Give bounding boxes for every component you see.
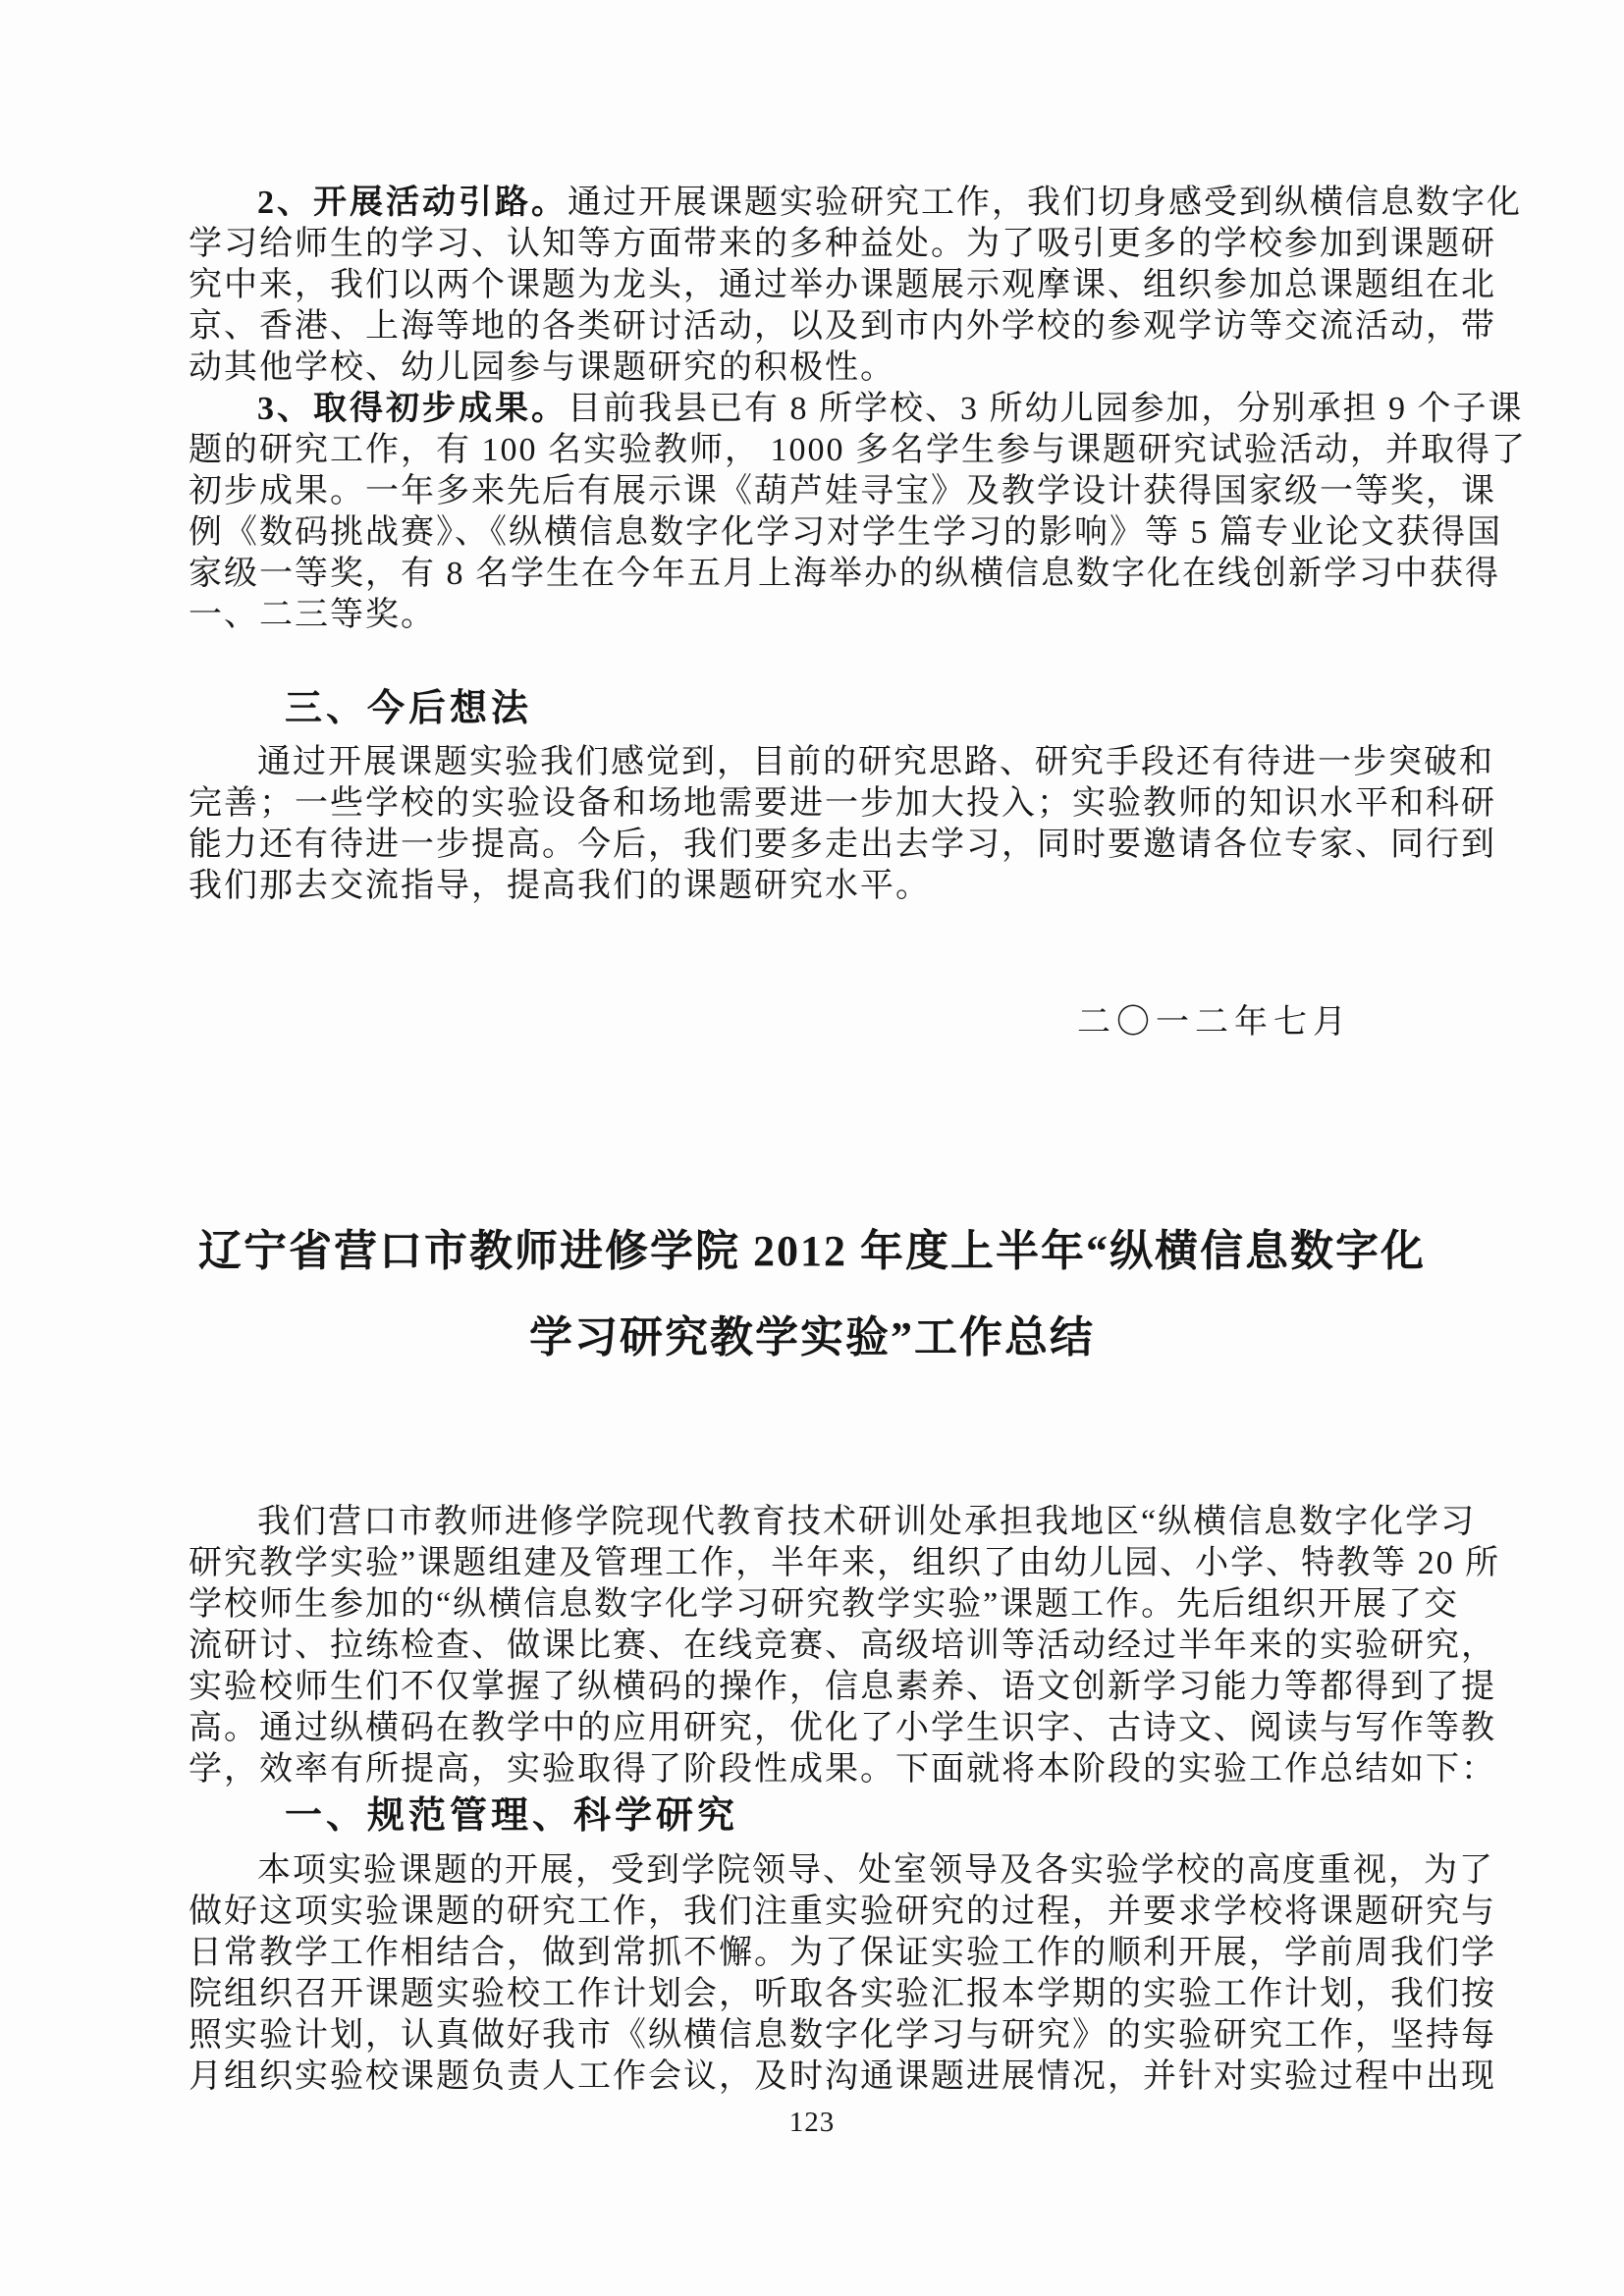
paragraph-management-research: 本项实验课题的开展，受到学院领导、处室领导及各实验学校的高度重视，为了做好这项实… [189, 1850, 1455, 2098]
text-line: 一、二三等奖。 [189, 595, 1455, 636]
text-line: 究中来，我们以两个课题为龙头，通过举办课题展示观摩课、组织参加总课题组在北 [189, 265, 1455, 306]
section-heading-management-research: 一、规范管理、科学研究 [285, 1785, 738, 1839]
paragraph-lead-3: 3、取得初步成果。 [257, 391, 568, 427]
text-line: 流研讨、拉练检查、做课比赛、在线竞赛、高级培训等活动经过半年来的实验研究， [189, 1626, 1455, 1667]
text-line: 本项实验课题的开展，受到学院领导、处室领导及各实验学校的高度重视，为了 [189, 1850, 1455, 1892]
text-line: 初步成果。一年多来先后有展示课《葫芦娃寻宝》及教学设计获得国家级一等奖，课 [189, 471, 1455, 512]
text-line: 京、香港、上海等地的各类研讨活动，以及到市内外学校的参观学访等交流活动，带 [189, 306, 1455, 347]
text-line: 完善；一些学校的实验设备和场地需要进一步加大投入；实验教师的知识水平和科研 [189, 783, 1455, 825]
paragraph-continuation: 题的研究工作，有 100 名实验教师， 1000 多名学生参与课题研究试验活动，… [189, 430, 1455, 636]
paragraph-future-thoughts: 通过开展课题实验我们感觉到，目前的研究思路、研究手段还有待进一步突破和完善；一些… [189, 742, 1455, 907]
text-line: 月组织实验校课题负责人工作会议，及时沟通课题进展情况，并针对实验过程中出现 [189, 2056, 1455, 2098]
text-line: 学校师生参加的“纵横信息数字化学习研究教学实验”课题工作。先后组织开展了交 [189, 1584, 1455, 1626]
document-page: 2、开展活动引路。通过开展课题实验研究工作，我们切身感受到纵横信息数字化 学习给… [0, 0, 1624, 2296]
report-title-line-2: 学习研究教学实验”工作总结 [0, 1295, 1624, 1381]
report-title-line-1: 辽宁省营口市教师进修学院 2012 年度上半年“纵横信息数字化 [0, 1208, 1624, 1295]
text-line: 通过开展课题实验我们感觉到，目前的研究思路、研究手段还有待进一步突破和 [189, 742, 1455, 783]
text-line: 照实验计划，认真做好我市《纵横信息数字化学习与研究》的实验研究工作，坚持每 [189, 2015, 1455, 2056]
text-line: 我们营口市教师进修学院现代教育技术研训处承担我地区“纵横信息数字化学习 [189, 1502, 1455, 1543]
paragraph-develop-activities: 2、开展活动引路。通过开展课题实验研究工作，我们切身感受到纵横信息数字化 学习给… [189, 183, 1455, 389]
document-date: 二〇一二年七月 [1077, 994, 1352, 1042]
paragraph-continuation: 学习给师生的学习、认知等方面带来的多种益处。为了吸引更多的学校参加到课题研究中来… [189, 224, 1455, 389]
text-line: 例《数码挑战赛》、《纵横信息数字化学习对学生学习的影响》等 5 篇专业论文获得国 [189, 512, 1455, 554]
text-line: 家级一等奖，有 8 名学生在今年五月上海举办的纵横信息数字化在线创新学习中获得 [189, 554, 1455, 595]
text-line: 院组织召开课题实验校工作计划会，听取各实验汇报本学期的实验工作计划，我们按 [189, 1974, 1455, 2015]
text-line: 研究教学实验”课题组建及管理工作，半年来，组织了由幼儿园、小学、特教等 20 所 [189, 1543, 1455, 1584]
text-line: 实验校师生们不仅掌握了纵横码的操作，信息素养、语文创新学习能力等都得到了提 [189, 1667, 1455, 1708]
text-line: 题的研究工作，有 100 名实验教师， 1000 多名学生参与课题研究试验活动，… [189, 430, 1455, 471]
report-title: 辽宁省营口市教师进修学院 2012 年度上半年“纵横信息数字化 学习研究教学实验… [0, 1208, 1624, 1381]
text-line: 2、开展活动引路。通过开展课题实验研究工作，我们切身感受到纵横信息数字化 [189, 183, 1455, 224]
paragraph-initial-results: 3、取得初步成果。目前我县已有 8 所学校、3 所幼儿园参加，分别承担 9 个子… [189, 389, 1455, 636]
text-line: 高。通过纵横码在教学中的应用研究，优化了小学生识字、古诗文、阅读与写作等教 [189, 1708, 1455, 1749]
paragraph-lead-2: 2、开展活动引路。 [257, 185, 568, 221]
text-line: 3、取得初步成果。目前我县已有 8 所学校、3 所幼儿园参加，分别承担 9 个子… [189, 389, 1455, 430]
text-line: 日常教学工作相结合，做到常抓不懈。为了保证实验工作的顺利开展，学前周我们学 [189, 1933, 1455, 1974]
text-line: 能力还有待进一步提高。今后，我们要多走出去学习，同时要邀请各位专家、同行到 [189, 825, 1455, 866]
paragraph-first-line: 目前我县已有 8 所学校、3 所幼儿园参加，分别承担 9 个子课 [568, 391, 1524, 427]
text-line: 我们那去交流指导，提高我们的课题研究水平。 [189, 866, 1455, 907]
section-heading-future-thoughts: 三、今后想法 [285, 677, 532, 731]
paragraph-first-line: 通过开展课题实验研究工作，我们切身感受到纵横信息数字化 [568, 185, 1522, 221]
text-line: 学习给师生的学习、认知等方面带来的多种益处。为了吸引更多的学校参加到课题研 [189, 224, 1455, 265]
page-number: 123 [0, 2107, 1624, 2139]
text-line: 做好这项实验课题的研究工作，我们注重实验研究的过程，并要求学校将课题研究与 [189, 1892, 1455, 1933]
paragraph-report-intro: 我们营口市教师进修学院现代教育技术研训处承担我地区“纵横信息数字化学习研究教学实… [189, 1502, 1455, 1790]
text-line: 动其他学校、幼儿园参与课题研究的积极性。 [189, 347, 1455, 389]
